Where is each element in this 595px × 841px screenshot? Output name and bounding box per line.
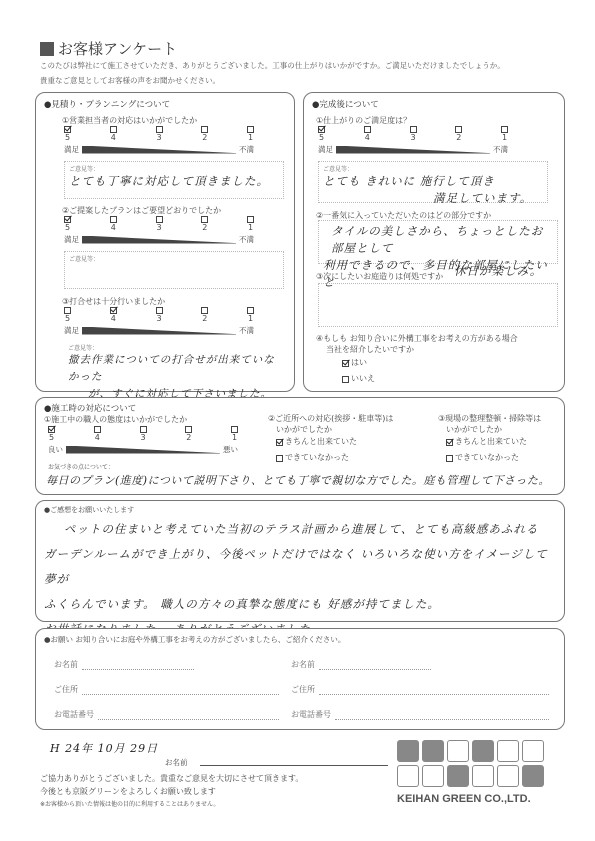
referral-address-1[interactable]: ご住所	[54, 684, 279, 695]
question-label: ③次にしたいお庭造りは何処ですか	[316, 271, 443, 282]
checkbox-4[interactable]	[110, 216, 117, 223]
rating-scale[interactable]: 5 4 3 2 1	[48, 426, 238, 443]
q2-option-done[interactable]: きちんと出来ていた	[276, 434, 357, 450]
company-name: KEIHAN GREEN CO.,LTD.	[397, 793, 531, 805]
q2-option-not-done[interactable]: できていなかった	[276, 450, 357, 466]
checkbox-5[interactable]	[64, 307, 71, 314]
question-label: ④もしも お知り合いに外構工事をお考えの方がある場合	[316, 333, 518, 344]
checkbox-3[interactable]	[410, 126, 417, 133]
question-label: ①営業担当者の対応はいかがでしたか	[62, 115, 197, 126]
construction-section: ●施工時の対応について ①施工中の職人の態度はいかがでしたか 5 4 3 2 1…	[35, 397, 565, 495]
title-square-icon	[40, 42, 54, 56]
checkbox-5[interactable]	[318, 126, 325, 133]
answer-box-q3[interactable]	[318, 283, 558, 327]
page-title: お客様アンケート	[40, 38, 177, 59]
construction-comment: 毎日のプラン(進度)について説明下さり、とても丁寧で親切な方でした。庭も管理して…	[46, 472, 550, 489]
checkbox-4[interactable]	[110, 307, 117, 314]
referral-section: ●お願い お知り合いにお庭や外構工事をお考えの方がございましたら、ご紹介ください…	[35, 628, 565, 730]
checkbox-3[interactable]	[156, 126, 163, 133]
question-label: ②ご提案したプランはご要望どおりでしたか	[62, 205, 221, 216]
referral-phone-2[interactable]: お電話番号	[291, 709, 549, 720]
impressions-text[interactable]: ペットの住まいと考えていた当初のテラス計画から進展して、とても高級感あふれる ガ…	[44, 517, 559, 642]
referral-name-1[interactable]: お名前	[54, 659, 194, 670]
checkbox-2[interactable]	[455, 126, 462, 133]
survey-date: H 24年 10月 29日	[50, 740, 158, 757]
q3-option-done[interactable]: きちんと出来ていた	[446, 434, 527, 450]
checkbox-1[interactable]	[501, 126, 508, 133]
comment-box-q1[interactable]: ご意見等：とても丁寧に対応して頂きました。	[64, 161, 284, 199]
referral-phone-1[interactable]: お電話番号	[54, 709, 279, 720]
checkbox-1[interactable]	[247, 126, 254, 133]
checkbox-2[interactable]	[201, 216, 208, 223]
completion-section: ●完成後について ①仕上がりのご満足度は？ 5 4 3 2 1 満足不満 ご意見…	[303, 92, 565, 392]
section-title: ●完成後について	[312, 98, 379, 110]
checkbox-1[interactable]	[247, 216, 254, 223]
planning-section: ●見積り・プランニングについて ①営業担当者の対応はいかがでしたか 5 4 3 …	[35, 92, 295, 392]
checkbox-3[interactable]	[140, 426, 147, 433]
satisfaction-bar: 良い悪い	[48, 444, 238, 455]
comment-box-q2[interactable]: ご意見等：	[64, 251, 284, 289]
rating-scale-q3[interactable]: 5 4 3 2 1	[64, 307, 254, 324]
checkbox-1[interactable]	[247, 307, 254, 314]
impressions-section: ●ご感想をお願いいたします ペットの住まいと考えていた当初のテラス計画から進展し…	[35, 500, 565, 622]
checkbox-4[interactable]	[364, 126, 371, 133]
satisfaction-bar: 満足不満	[64, 325, 254, 336]
question-label: ①仕上がりのご満足度は？	[316, 115, 411, 126]
referral-address-2[interactable]: ご住所	[291, 684, 549, 695]
checkbox-5[interactable]	[64, 216, 71, 223]
footer-name-field[interactable]	[200, 765, 388, 766]
section-title: ●見積り・プランニングについて	[44, 98, 170, 110]
rating-scale-q1[interactable]: 5 4 3 2 1	[318, 126, 508, 143]
option-yes[interactable]: はい	[342, 355, 375, 371]
checkbox-4[interactable]	[110, 126, 117, 133]
rating-scale-q2[interactable]: 5 4 3 2 1	[64, 216, 254, 233]
checkbox-5[interactable]	[48, 426, 55, 433]
checkbox-1[interactable]	[231, 426, 238, 433]
checkbox-2[interactable]	[201, 126, 208, 133]
checkbox-2[interactable]	[201, 307, 208, 314]
checkbox-3[interactable]	[156, 307, 163, 314]
satisfaction-bar: 満足不満	[64, 234, 254, 245]
comment-box-q3[interactable]: ご意見等：撤去作業についての打合せが出来ていなかったが、すぐに対応して下さいまし…	[64, 341, 289, 387]
question-label: ①施工中の職人の態度はいかがでしたか	[44, 414, 187, 425]
checkbox-4[interactable]	[94, 426, 101, 433]
section-title: ●お願い お知り合いにお庭や外構工事をお考えの方がございましたら、ご紹介ください…	[44, 634, 345, 645]
referral-name-2[interactable]: お名前	[291, 659, 431, 670]
q3-option-not-done[interactable]: できていなかった	[446, 450, 527, 466]
section-title: ●施工時の対応について	[44, 402, 136, 414]
comment-box[interactable]: ご意見等：とても きれいに 施行して頂き満足しています。	[318, 161, 548, 203]
checkbox-3[interactable]	[156, 216, 163, 223]
checkbox-2[interactable]	[185, 426, 192, 433]
satisfaction-bar: 満足不満	[64, 144, 254, 155]
rating-scale-q1[interactable]: 5 4 3 2 1	[64, 126, 254, 143]
footer-name-label: お名前	[165, 757, 188, 768]
checkbox-5[interactable]	[64, 126, 71, 133]
intro-text: このたびは弊社にて施工させていただき、ありがとうございました。工事の仕上がりはい…	[40, 58, 570, 88]
company-logo	[397, 740, 544, 787]
option-no[interactable]: いいえ	[342, 371, 375, 387]
satisfaction-bar: 満足不満	[318, 144, 508, 155]
answer-box-q2[interactable]: タイルの美しさから、ちょっとしたお部屋として利用できるので、多目的な部屋にしたい…	[318, 220, 558, 264]
section-title: ●ご感想をお願いいたします	[44, 505, 134, 515]
